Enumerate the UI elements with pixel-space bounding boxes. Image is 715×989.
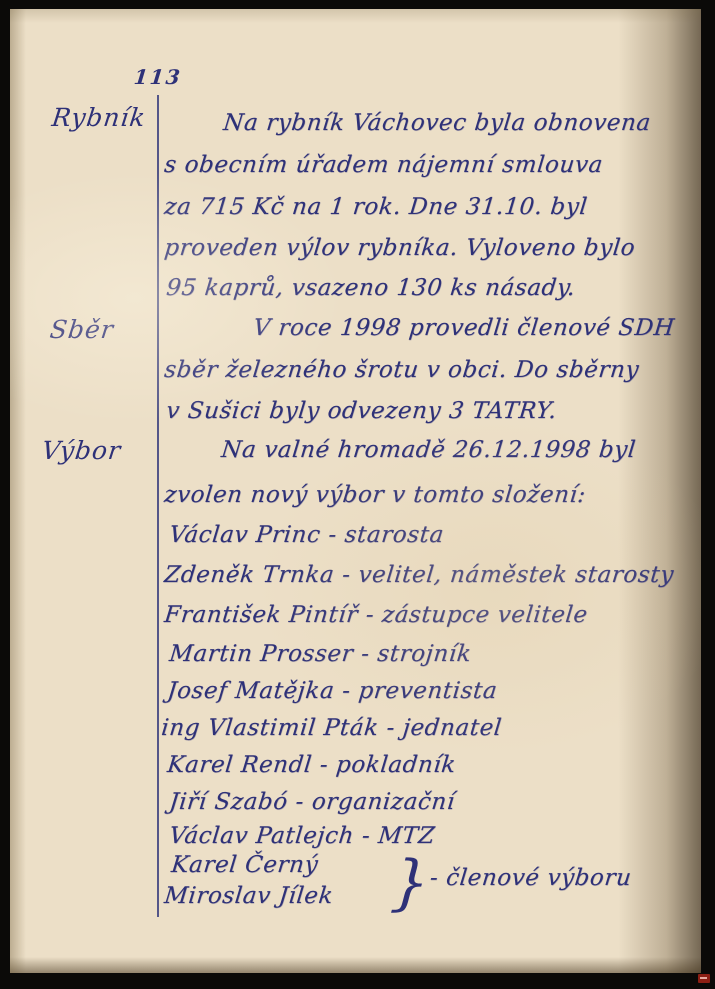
handwritten-line: V roce 1998 provedli členové SDH [252,315,676,341]
handwritten-line: Václav Patlejch - MTZ [168,823,436,849]
handwritten-line: 95 kaprů, vsazeno 130 ks násady. [165,275,577,301]
margin-label-vybor: Výbor [40,436,123,465]
handwritten-line: Josef Matějka - preventista [166,678,499,704]
red-corner-mark-icon [698,974,710,983]
handwritten-line: s obecním úřadem nájemní smlouva [163,152,604,178]
handwritten-line: proveden výlov rybníka. Vyloveno bylo [163,235,637,261]
grouping-brace: } [389,848,432,918]
margin-label-rybnik: Rybník [50,103,147,132]
handwritten-line: Karel Černý [170,852,320,878]
handwritten-line: Na rybník Váchovec byla obnovena [222,110,652,136]
handwritten-line: Miroslav Jílek [163,883,335,909]
margin-rule-line [157,95,159,917]
handwritten-line: Na valné hromadě 26.12.1998 byl [220,437,637,463]
handwritten-line: zvolen nový výbor v tomto složení: [163,482,587,508]
chronicle-page: 113 Rybník Sběr Výbor Na rybník Váchovec… [10,9,701,973]
handwritten-line: sběr železného šrotu v obci. Do sběrny [163,357,640,383]
page-number: 113 [133,65,183,89]
handwritten-line: ing Vlastimil Pták - jednatel [160,715,503,741]
scanned-chronicle-photo: 113 Rybník Sběr Výbor Na rybník Váchovec… [0,0,715,989]
handwritten-line: za 715 Kč na 1 rok. Dne 31.10. byl [163,194,589,220]
handwritten-line: Jiří Szabó - organizační [168,789,456,815]
handwritten-line: Zdeněk Trnka - velitel, náměstek starost… [163,562,675,588]
handwritten-line: František Pintíř - zástupce velitele [163,602,589,628]
handwritten-line: Karel Rendl - pokladník [166,752,457,778]
brace-group-label: - členové výboru [429,865,633,891]
handwritten-line: Václav Princ - starosta [168,522,445,548]
handwritten-line: v Sušici byly odvezeny 3 TATRY. [165,398,558,424]
margin-label-sber: Sběr [48,315,115,344]
handwritten-line: Martin Prosser - strojník [168,641,473,667]
